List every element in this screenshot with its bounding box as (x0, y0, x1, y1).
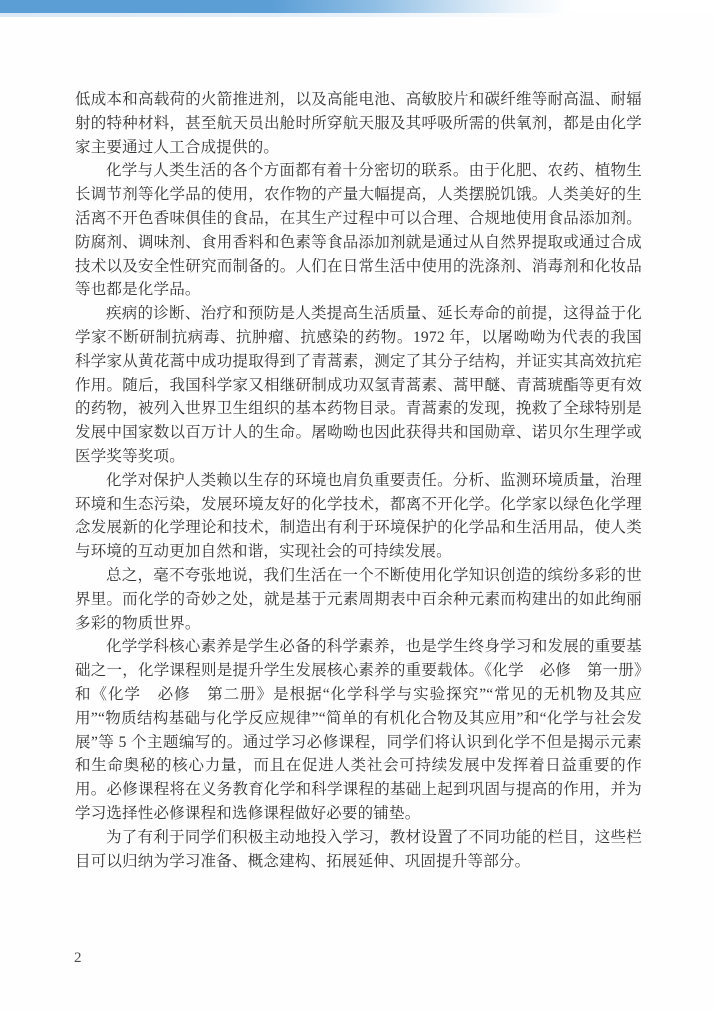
paragraph: 化学对保护人类赖以生存的环境也肩负重要责任。分析、监测环境质量，治理环境和生态污… (75, 469, 642, 564)
page-number: 2 (74, 950, 82, 967)
paragraph-continuation: 低成本和高载荷的火箭推进剂，以及高能电池、高敏胶片和碳纤维等耐高温、耐辐射的特种… (75, 88, 642, 159)
book-page: 低成本和高载荷的火箭推进剂，以及高能电池、高敏胶片和碳纤维等耐高温、耐辐射的特种… (0, 0, 714, 1011)
header-gradient-bar-fade (0, 13, 714, 17)
body-text: 低成本和高载荷的火箭推进剂，以及高能电池、高敏胶片和碳纤维等耐高温、耐辐射的特种… (75, 88, 642, 873)
paragraph: 为了有利于同学们积极主动地投入学习，教材设置了不同功能的栏目，这些栏目可以归纳为… (75, 826, 642, 874)
paragraph: 总之，毫不夸张地说，我们生活在一个不断使用化学知识创造的缤纷多彩的世界里。而化学… (75, 564, 642, 635)
paragraph: 疾病的诊断、治疗和预防是人类提高生活质量、延长寿命的前提，这得益于化学家不断研制… (75, 302, 642, 469)
paragraph: 化学与人类生活的各个方面都有着十分密切的联系。由于化肥、农药、植物生长调节剂等化… (75, 159, 642, 302)
paragraph: 化学学科核心素养是学生必备的科学素养，也是学生终身学习和发展的重要基础之一，化学… (75, 635, 642, 825)
header-gradient-bar (0, 0, 714, 13)
